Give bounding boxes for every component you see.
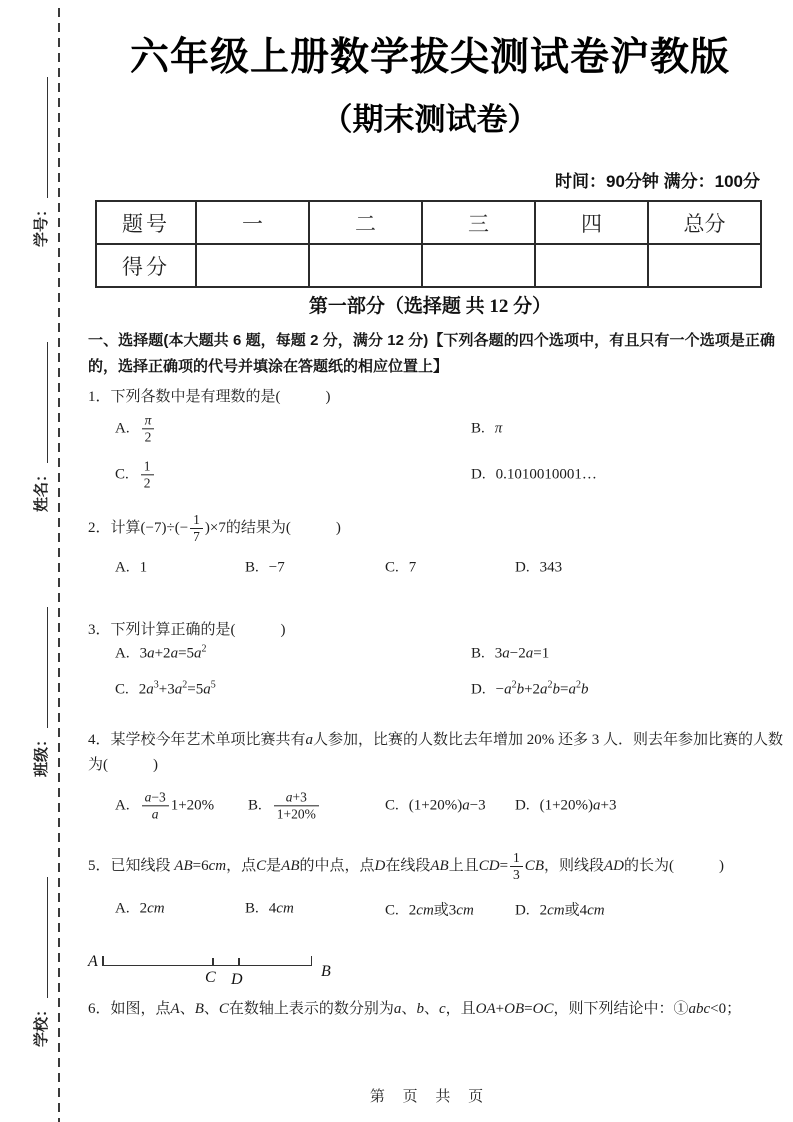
main-content: 六年级上册数学拔尖测试卷沪教版 （期末测试卷） 时间：90分钟 满分：100分 … [85, 0, 775, 1122]
student-name-field: 姓名： [26, 342, 52, 512]
student-id-field: 学号： [26, 77, 52, 247]
question-1-option-B: B.π [471, 421, 502, 438]
question-4-stem: 4．某学校今年艺术单项比赛共有a人参加，比赛的人数比去年增加 20% 还多 3 … [88, 728, 788, 778]
exam-paper-page: 学号： 姓名： 班级： 学校： 六年级上册数学拔尖测试卷沪教版 （期末测试卷） … [0, 0, 793, 1122]
question-2-option-A: A.1 [115, 560, 147, 577]
score-table: 题号 一 二 三 四 总分 得分 [95, 200, 762, 288]
question-1-option-C: C.12 [115, 458, 156, 491]
score-table-header-total: 总分 [648, 201, 761, 244]
diagram-label-a: A [88, 953, 98, 971]
score-cell-4 [535, 244, 648, 287]
question-5-option-D: D.2cm或4cm [515, 899, 605, 920]
question-2-option-D: D.343 [515, 560, 562, 577]
fold-dashed-line [58, 8, 60, 1122]
question-4-option-A: A.a−3a1+20% [115, 789, 214, 822]
diagram-label-d: D [231, 971, 243, 989]
paper-title: 六年级上册数学拔尖测试卷沪教版 [85, 26, 775, 82]
question-4-option-B: B.a+31+20% [248, 789, 321, 822]
diagram-left-end-tick [102, 956, 104, 965]
question-3-option-D: D.−a2b+2a2b=a2b [471, 682, 589, 699]
school-label: 学校： [30, 1002, 52, 1047]
number-line-diagram: A C D B [88, 945, 778, 1000]
question-1-options-row-2: C.12D.0.1010010001… [88, 452, 788, 498]
section-heading: 第一部分（选择题 共 12 分） [85, 291, 775, 318]
score-table-header-timu: 题号 [96, 201, 196, 244]
question-4-options-row-1: A.a−3a1+20%B.a+31+20%C.(1+20%)a−3D.(1+20… [88, 780, 788, 832]
question-1-option-A: A.π2 [115, 412, 156, 445]
student-name-label: 姓名： [30, 467, 52, 512]
question-4-option-C: C.(1+20%)a−3 [385, 798, 486, 815]
diagram-label-c: C [205, 969, 216, 987]
question-2-option-C: C.7 [385, 560, 416, 577]
score-table-header-1: 一 [196, 201, 309, 244]
question-5-option-C: C.2cm或3cm [385, 899, 474, 920]
diagram-right-end-tick [311, 956, 313, 965]
class-blank-line [47, 607, 48, 728]
question-2-option-B: B.−7 [245, 560, 285, 577]
score-table-header-4: 四 [535, 201, 648, 244]
question-1-options-row-1: A.π2B.π [88, 406, 788, 452]
student-id-label: 学号： [30, 202, 52, 247]
score-cell-2 [309, 244, 422, 287]
diagram-tick-d [238, 958, 240, 965]
school-field: 学校： [26, 877, 52, 1047]
diagram-segment-line [102, 965, 312, 966]
question-5-stem: 5．已知线段 AB=6cm，点C是AB的中点，点D在线段AB上且CD=13CB，… [88, 850, 788, 883]
class-label: 班级： [30, 732, 52, 777]
student-name-blank-line [47, 342, 48, 463]
question-5-options-row-1: A.2cmB.4cmC.2cm或3cmD.2cm或4cm [88, 894, 788, 924]
score-table-score-row: 得分 [96, 244, 761, 287]
question-3-options-row-2: C.2a3+3a2=5a5D.−a2b+2a2b=a2b [88, 674, 788, 706]
question-3-option-C: C.2a3+3a2=5a5 [115, 682, 216, 699]
diagram-label-b: B [321, 963, 331, 981]
question-4-option-D: D.(1+20%)a+3 [515, 798, 617, 815]
question-1-option-D: D.0.1010010001… [471, 467, 597, 484]
score-cell-total [648, 244, 761, 287]
question-3-option-B: B.3a−2a=1 [471, 646, 549, 663]
diagram-tick-c [212, 958, 214, 965]
page-footer: 第 页 共 页 [85, 1085, 775, 1106]
class-field: 班级： [26, 607, 52, 777]
question-3-option-A: A.3a+2a=5a2 [115, 646, 207, 663]
question-3-options-row-1: A.3a+2a=5a2B.3a−2a=1 [88, 638, 788, 670]
section-instructions: 一、选择题(本大题共 6 题，每题 2 分，满分 12 分)【下列各题的四个选项… [88, 328, 775, 380]
score-cell-1 [196, 244, 309, 287]
time-score-info: 时间：90分钟 满分：100分 [555, 167, 760, 192]
score-table-header-row: 题号 一 二 三 四 总分 [96, 201, 761, 244]
question-5-option-B: B.4cm [245, 901, 294, 918]
question-5-option-A: A.2cm [115, 901, 165, 918]
score-table-header-2: 二 [309, 201, 422, 244]
score-cell-3 [422, 244, 535, 287]
school-blank-line [47, 877, 48, 998]
question-2-stem: 2．计算(−7)÷(−17)×7的结果为( ) [88, 512, 788, 545]
score-table-header-3: 三 [422, 201, 535, 244]
question-6-stem: 6．如图，点A、B、C在数轴上表示的数分别为a、b、c，且OA+OB=OC，则下… [88, 997, 788, 1022]
paper-subtitle: （期末测试卷） [85, 94, 775, 139]
score-row-label: 得分 [96, 244, 196, 287]
student-id-blank-line [47, 77, 48, 198]
question-2-options-row-1: A.1B.−7C.7D.343 [88, 553, 788, 583]
